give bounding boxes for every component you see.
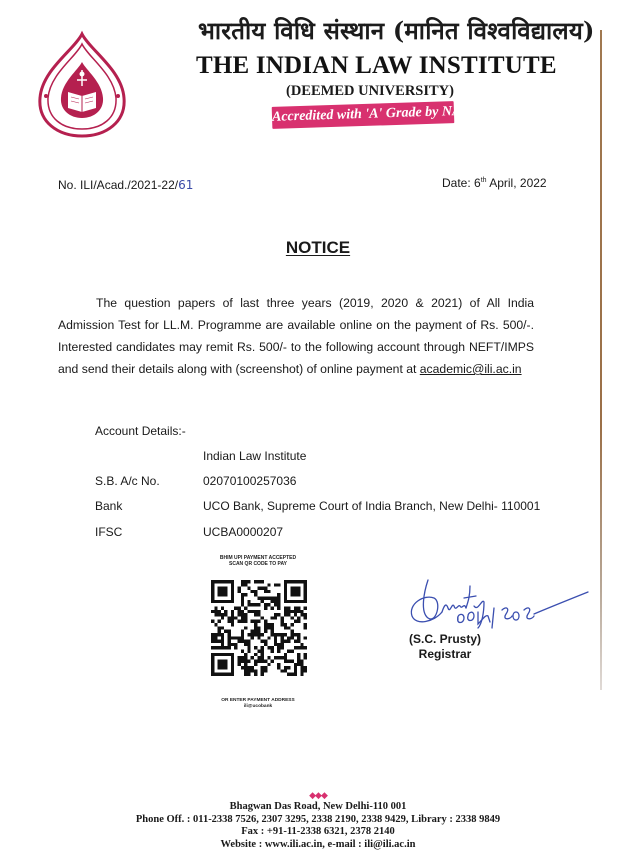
page-edge-line: [600, 30, 602, 690]
account-row-ifsc: IFSCUCBA0000207: [95, 525, 283, 539]
account-row-name: Indian Law Institute: [95, 449, 306, 463]
account-details-heading: Account Details:-: [95, 424, 186, 438]
notice-date: Date: 6th April, 2022: [442, 176, 547, 190]
footer-fax: Fax : +91-11-2338 6321, 2378 2140: [0, 826, 636, 839]
email-link[interactable]: academic@ili.ac.in: [420, 362, 522, 376]
reference-prefix: No. ILI/Acad./2021-22/: [58, 178, 178, 192]
notice-title: NOTICE: [0, 238, 636, 258]
notice-body: The question papers of last three years …: [58, 292, 534, 380]
signatory-designation: Registrar: [409, 647, 481, 662]
qr-caption-bottom: OR ENTER PAYMENT ADDRESS ili@ucobank: [208, 698, 308, 710]
account-number-value: 02070100257036: [203, 474, 296, 488]
footer-web: Website : www.ili.ac.in, e-mail : ili@il…: [0, 839, 636, 852]
bank-label: Bank: [95, 499, 203, 513]
institute-seal-icon: [32, 30, 132, 140]
date-rest: April, 2022: [487, 176, 547, 190]
account-row-number: S.B. A/c No.02070100257036: [95, 474, 296, 488]
account-number-label: S.B. A/c No.: [95, 474, 203, 488]
footer-contact: Bhagwan Das Road, New Delhi-110 001 Phon…: [0, 801, 636, 851]
qr-code-icon[interactable]: [211, 580, 307, 676]
date-label: Date:: [442, 176, 474, 190]
footer-ornament-icon: ◆◆◆: [0, 790, 636, 801]
date-day: 6: [474, 176, 481, 190]
signatory-block: (S.C. Prusty) Registrar: [409, 632, 481, 662]
institute-name-hindi: भारतीय विधि संस्थान (मानित विश्वविद्यालय…: [198, 14, 548, 47]
accreditation-banner: Accredited with 'A' Grade by NAAC: [272, 101, 455, 129]
institute-name-english: THE INDIAN LAW INSTITUTE: [196, 52, 542, 80]
signatory-name: (S.C. Prusty): [409, 632, 481, 647]
bank-value: UCO Bank, Supreme Court of India Branch,…: [203, 499, 540, 513]
footer-address: Bhagwan Das Road, New Delhi-110 001: [0, 801, 636, 814]
account-row-bank: BankUCO Bank, Supreme Court of India Bra…: [95, 499, 540, 513]
ifsc-value: UCBA0000207: [203, 525, 283, 539]
reference-handwritten: 61: [178, 178, 193, 192]
institute-subtitle: (DEEMED UNIVERSITY): [200, 83, 540, 100]
qr-caption-top: BHIM UPI PAYMENT ACCEPTED SCAN QR CODE T…: [208, 555, 308, 567]
handwritten-signature-icon: [398, 572, 598, 638]
reference-number: No. ILI/Acad./2021-22/61: [58, 178, 193, 192]
account-holder-name: Indian Law Institute: [203, 449, 306, 463]
ifsc-label: IFSC: [95, 525, 203, 539]
footer-phone: Phone Off. : 011-2338 7526, 2307 3295, 2…: [0, 814, 636, 827]
